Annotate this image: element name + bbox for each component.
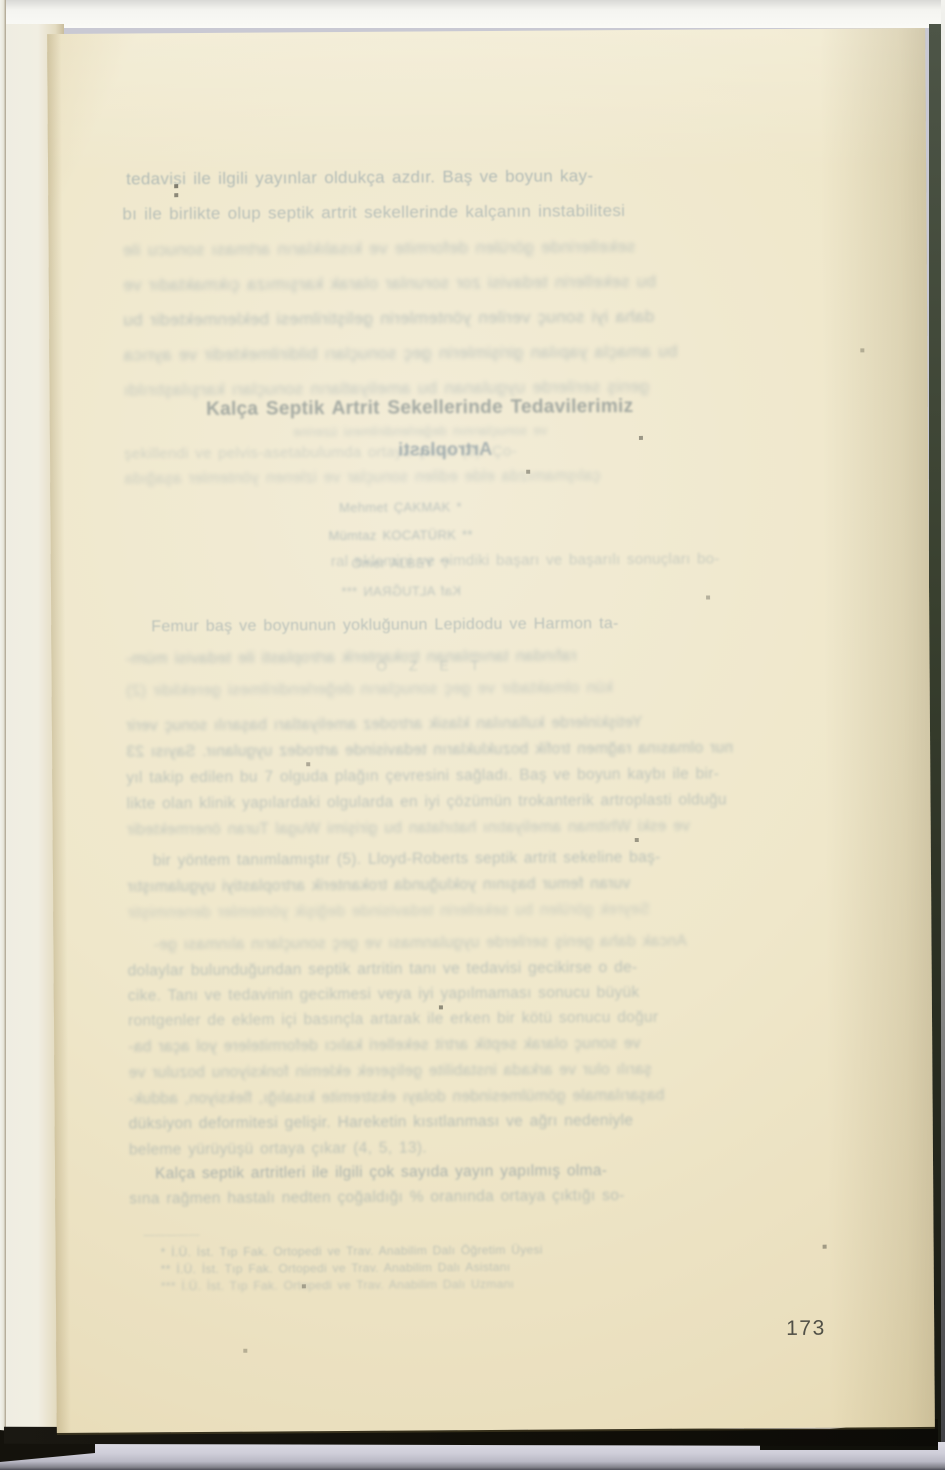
faint-text-line: ** İ.Ü. İst. Tıp Fak. Ortopedi ve Trav. … [161, 1260, 511, 1277]
scan-left-edge [0, 0, 6, 1456]
faint-text-line: Ancak daha geniş serilerde uygulanması v… [153, 933, 686, 955]
faint-text-line: Kaf ALTUĞRAN *** [211, 582, 591, 600]
faint-text-line: sekellerinde görülen deformite ve kısalı… [123, 237, 636, 261]
faint-text-line: çalışmamızda elde edilen sonuçlar ve izl… [124, 467, 600, 489]
faint-text-line: yıl takip edilen bu 7 olguda plağın çevr… [126, 765, 719, 788]
faint-text-line: kün olmaktadır ve geç sonuçların değerle… [126, 678, 613, 701]
faint-text-line: Kalça septik artritleri ile ilgili çok s… [155, 1162, 607, 1184]
faint-text-line: tedavisi ile ilgili yayınlar oldukça azd… [126, 166, 593, 190]
faint-text-line: vuran femur başının yokluğunda trokanter… [127, 875, 630, 897]
faint-text-line: ve sonuç olarak septik artrit sekelleri … [128, 1035, 640, 1057]
scanner-top-band [0, 0, 945, 28]
faint-text-line: bu sekellerin tedavisi zor sorunlar olar… [123, 272, 656, 296]
scan-right-edge [941, 0, 945, 1470]
book-scan: tedavisi ile ilgili yayınlar oldukça azd… [0, 0, 945, 1470]
faint-text-line: beleme yürüyüşü ortaya çıkar (4, 5, 13). [129, 1139, 427, 1160]
faint-text-line: ————— [143, 1229, 200, 1243]
page-number: 173 [786, 1317, 826, 1341]
faint-text-line: bı ile birlikte olup septik artrit sekel… [122, 201, 625, 225]
scanned-page: tedavisi ile ilgili yayınlar oldukça azd… [47, 28, 935, 1433]
faint-text-line: bu amaçla yapılan girişimlerin geç sonuç… [123, 342, 677, 366]
faint-text-line: cike. Tanı ve tedavinin gecikmesi veya i… [128, 984, 640, 1006]
faint-text-line: düksiyon deformitesi gelişir. Hareketin … [129, 1112, 634, 1134]
faint-text-line: * İ.Ü. İst. Tıp Fak. Ortopedi ve Trav. A… [161, 1243, 543, 1260]
faint-text-line: ve sonuçlarının değerlendirilmesi üzerin… [220, 422, 620, 440]
faint-text-line: bir yöntem tanımlamıştır (5). Lloyd-Robe… [153, 849, 661, 871]
faint-text-line: Ö Z E T [281, 656, 581, 675]
faint-text-line: daha iyi sonuç verilen yöntemlerin geliş… [123, 307, 654, 331]
faint-text-line: başarılamale gömülmesinden dolayı ekstre… [129, 1087, 665, 1109]
faint-text-line: nur olmasına rağmen trofik bozuklukların… [126, 739, 733, 762]
faint-text-line: rontgenler de eklem içi basınçla artarak… [128, 1009, 659, 1031]
faint-text-line: Mehmet ÇAKMAK * [210, 498, 590, 516]
faint-text-line: şarılı olur ve arkada instabilite gelişe… [128, 1061, 651, 1083]
faint-text-line: likte olan klinik yapılardaki olgularda … [126, 791, 726, 814]
faint-text-line: Yetişkinlerde kullanılan klasik artrodez… [126, 714, 642, 736]
paper-speckles [47, 34, 49, 36]
faint-text-line: Femur baş ve boynunun yokluğunun Lepidod… [151, 614, 619, 636]
faint-text-line: Kalça Septik Artrit Sekellerinde Tedavil… [185, 396, 655, 422]
faint-text-line: Mümtaz KOCATÜRK ** [211, 526, 591, 544]
faint-text-line: şekillendi ve pelvis-asetabulumda ortaya… [124, 443, 517, 464]
text-layer: tedavisi ile ilgili yayınlar oldukça azd… [47, 28, 935, 1433]
faint-text-line: sına rağmen hastalı nedten çoğaldığı % o… [129, 1187, 624, 1209]
faint-text-line: dolaylar bulunduğundan septik artritin t… [128, 959, 638, 981]
faint-text-line: *** İ.Ü. İst. Tıp Fak. Ortopedi ve Trav.… [161, 1277, 514, 1294]
faint-text-line: ral eklemini ve şimdiki başarı ve başarı… [331, 550, 720, 571]
faint-text-line: ve eski Whitman ameliyatını hatırlatan b… [127, 818, 690, 841]
faint-text-line: Seyrek görülen bu sekellerin tedavisinde… [127, 901, 650, 923]
